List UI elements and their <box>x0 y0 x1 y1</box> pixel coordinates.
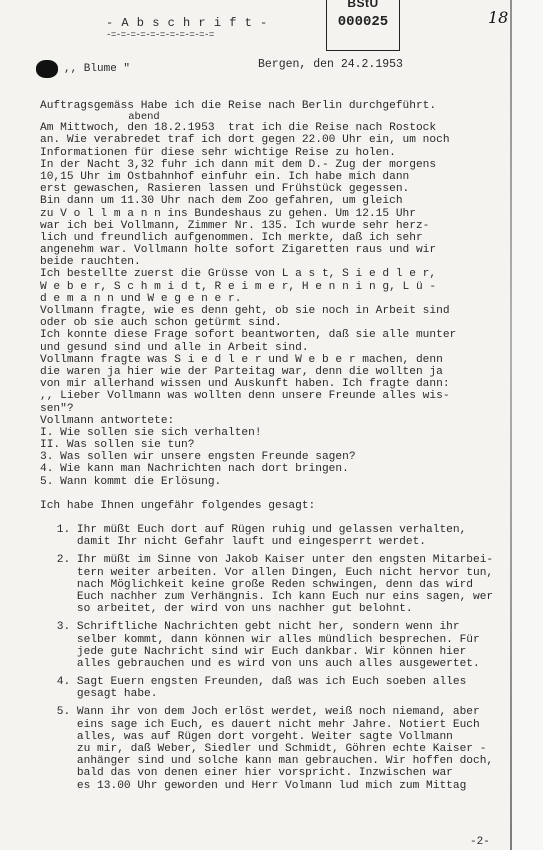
answer-line: selber kommt, dann können wir alles münd… <box>77 634 480 646</box>
intro-line: an. Wie verabredet traf ich dort gegen 2… <box>40 134 510 146</box>
intro-line: sen"? <box>40 403 510 415</box>
intro-line: Ich bestellte zuerst die Grüsse von L a … <box>40 268 510 280</box>
intro-line: Bin dann um 11.30 Uhr nach dem Zoo gefah… <box>40 195 510 207</box>
page-number: -2- <box>470 836 490 848</box>
answer-item: 2.Ihr müßt im Sinne von Jakob Kaiser unt… <box>40 554 510 615</box>
answer-line: es 13.00 Uhr geworden und Herr Volmann l… <box>77 780 466 792</box>
answer-number: 2. <box>40 554 70 566</box>
intro-line: d e m a n n und W e g e n e r. <box>40 293 510 305</box>
place-date: Bergen, den 24.2.1953 <box>258 58 403 71</box>
answer-item: 4.Sagt Euern engsten Freunden, daß was i… <box>40 676 510 700</box>
intro-line: 10,15 Uhr im Ostbahnhof einfuhr ein. Ich… <box>40 171 510 183</box>
intro-line: Vollmann fragte, wie es denn geht, ob si… <box>40 305 510 317</box>
answer-line: Ihr müßt im Sinne von Jakob Kaiser unter… <box>77 554 493 566</box>
intro-line: Vollmann fragte was S i e d l e r und W … <box>40 354 510 366</box>
answer-item: 3.Schriftliche Nachrichten gebt nicht he… <box>40 621 510 670</box>
intro-line: erst gewaschen, Rasieren lassen und Früh… <box>40 183 510 195</box>
answer-line: nach Möglichkeit keine große Reden schwi… <box>77 579 473 591</box>
intro-paragraph: Am Mittwoch, den 18.2.1953 trat ich die … <box>40 122 510 427</box>
answers-intro: Ich habe Ihnen ungefähr folgendes gesagt… <box>40 500 510 512</box>
intro-line: W e b e r, S c h m i d t, R e i m e r, H… <box>40 281 510 293</box>
intro-line: Am Mittwoch, den 18.2.1953 trat ich die … <box>40 122 510 134</box>
stamp-number: 000025 <box>327 14 399 30</box>
intro-line: die waren ja hier wie der Parteitag war,… <box>40 366 510 378</box>
answer-line: alles, was auf Rügen dort vorgeht. Weite… <box>77 731 453 743</box>
answer-line: so arbeitet, der wird von uns nachher gu… <box>77 603 413 615</box>
handwritten-insert: abend <box>40 112 510 122</box>
title-underline: -=-=-=-=-=-=-=-=-=-=-= <box>106 30 214 40</box>
answer-line: jede gute Nachricht sind wir Euch dankba… <box>77 646 466 658</box>
answer-line: alles gebrauchen und es wird von uns auc… <box>77 658 480 670</box>
intro-line: In der Nacht 3,32 fuhr ich dann mit dem … <box>40 159 510 171</box>
page-edge-line <box>510 0 512 850</box>
question-item: 4. Wie kann man Nachrichten nach dort br… <box>40 463 510 475</box>
redaction-mark <box>36 60 58 78</box>
answer-line: Euch nachher zum Verhängnis. Ich kann Eu… <box>77 591 493 603</box>
answer-line: eins sage ich Euch, es dauert nicht mehr… <box>77 719 480 731</box>
intro-line: oder ob sie auch schon getürmt sind. <box>40 317 510 329</box>
answer-line: zu mir, daß Weber, Siedler und Schmidt, … <box>77 743 487 755</box>
answer-line: Schriftliche Nachrichten gebt nicht her,… <box>77 621 460 633</box>
answer-line: tern weiter arbeiten. Vor allen Dingen, … <box>77 567 493 579</box>
intro-line: Ich konnte diese Frage sofort beantworte… <box>40 329 510 341</box>
archive-stamp: BStU 000025 <box>326 0 400 51</box>
intro-line: von mir allerhand wissen und Auskunft ha… <box>40 378 510 390</box>
question-list: I. Wie sollen sie sich verhalten!II. Was… <box>40 427 510 488</box>
document-body: Auftragsgemäss Habe ich die Reise nach B… <box>40 100 510 792</box>
intro-line: ,, Lieber Vollmann was wollten denn unse… <box>40 390 510 402</box>
answer-item: 5.Wann ihr von dem Joch erlöst werdet, w… <box>40 706 510 791</box>
answer-list: 1.Ihr müßt Euch dort auf Rügen ruhig und… <box>40 524 510 792</box>
answer-number: 5. <box>40 706 70 718</box>
sender-codename: ,, Blume " <box>64 63 130 75</box>
question-item: I. Wie sollen sie sich verhalten! <box>40 427 510 439</box>
intro-line: und gesund sind und alle in Arbeit sind. <box>40 342 510 354</box>
answer-line: anhänger sind und solche kann man gebrau… <box>77 755 493 767</box>
answer-line: bald das von denen einer hier vorspricht… <box>77 767 453 779</box>
answer-number: 1. <box>40 524 70 536</box>
answer-item: 1.Ihr müßt Euch dort auf Rügen ruhig und… <box>40 524 510 548</box>
intro-line: Vollmann antwortete: <box>40 415 510 427</box>
answer-line: Sagt Euern engsten Freunden, daß was ich… <box>77 676 466 688</box>
answer-line: Ihr müßt Euch dort auf Rügen ruhig und g… <box>77 524 466 536</box>
intro-line: zu V o l l m a n n ins Bundeshaus zu geh… <box>40 208 510 220</box>
answer-line: gesagt habe. <box>77 688 158 700</box>
intro-line: Informationen für diese sehr wichtige Re… <box>40 147 510 159</box>
page-margin <box>512 0 543 850</box>
document-title: - A b s c h r i f t - <box>106 16 268 30</box>
question-item: 5. Wann kommt die Erlösung. <box>40 476 510 488</box>
question-item: II. Was sollen sie tun? <box>40 439 510 451</box>
intro-line: beide rauchten. <box>40 256 510 268</box>
stamp-org: BStU <box>327 0 399 10</box>
intro-line: lich und freundlich aufgenommen. Ich mer… <box>40 232 510 244</box>
intro-line: war ich bei Vollmann, Zimmer Nr. 135. Ic… <box>40 220 510 232</box>
intro-line: angenehm war. Vollmann holte sofort Ziga… <box>40 244 510 256</box>
answer-line: Wann ihr von dem Joch erlöst werdet, wei… <box>77 706 480 718</box>
answer-number: 3. <box>40 621 70 633</box>
handwritten-page-mark: 18 <box>488 8 508 27</box>
answer-number: 4. <box>40 676 70 688</box>
question-item: 3. Was sollen wir unsere engsten Freunde… <box>40 451 510 463</box>
answer-line: damit Ihr nicht Gefahr lauft und eingesp… <box>77 536 426 548</box>
